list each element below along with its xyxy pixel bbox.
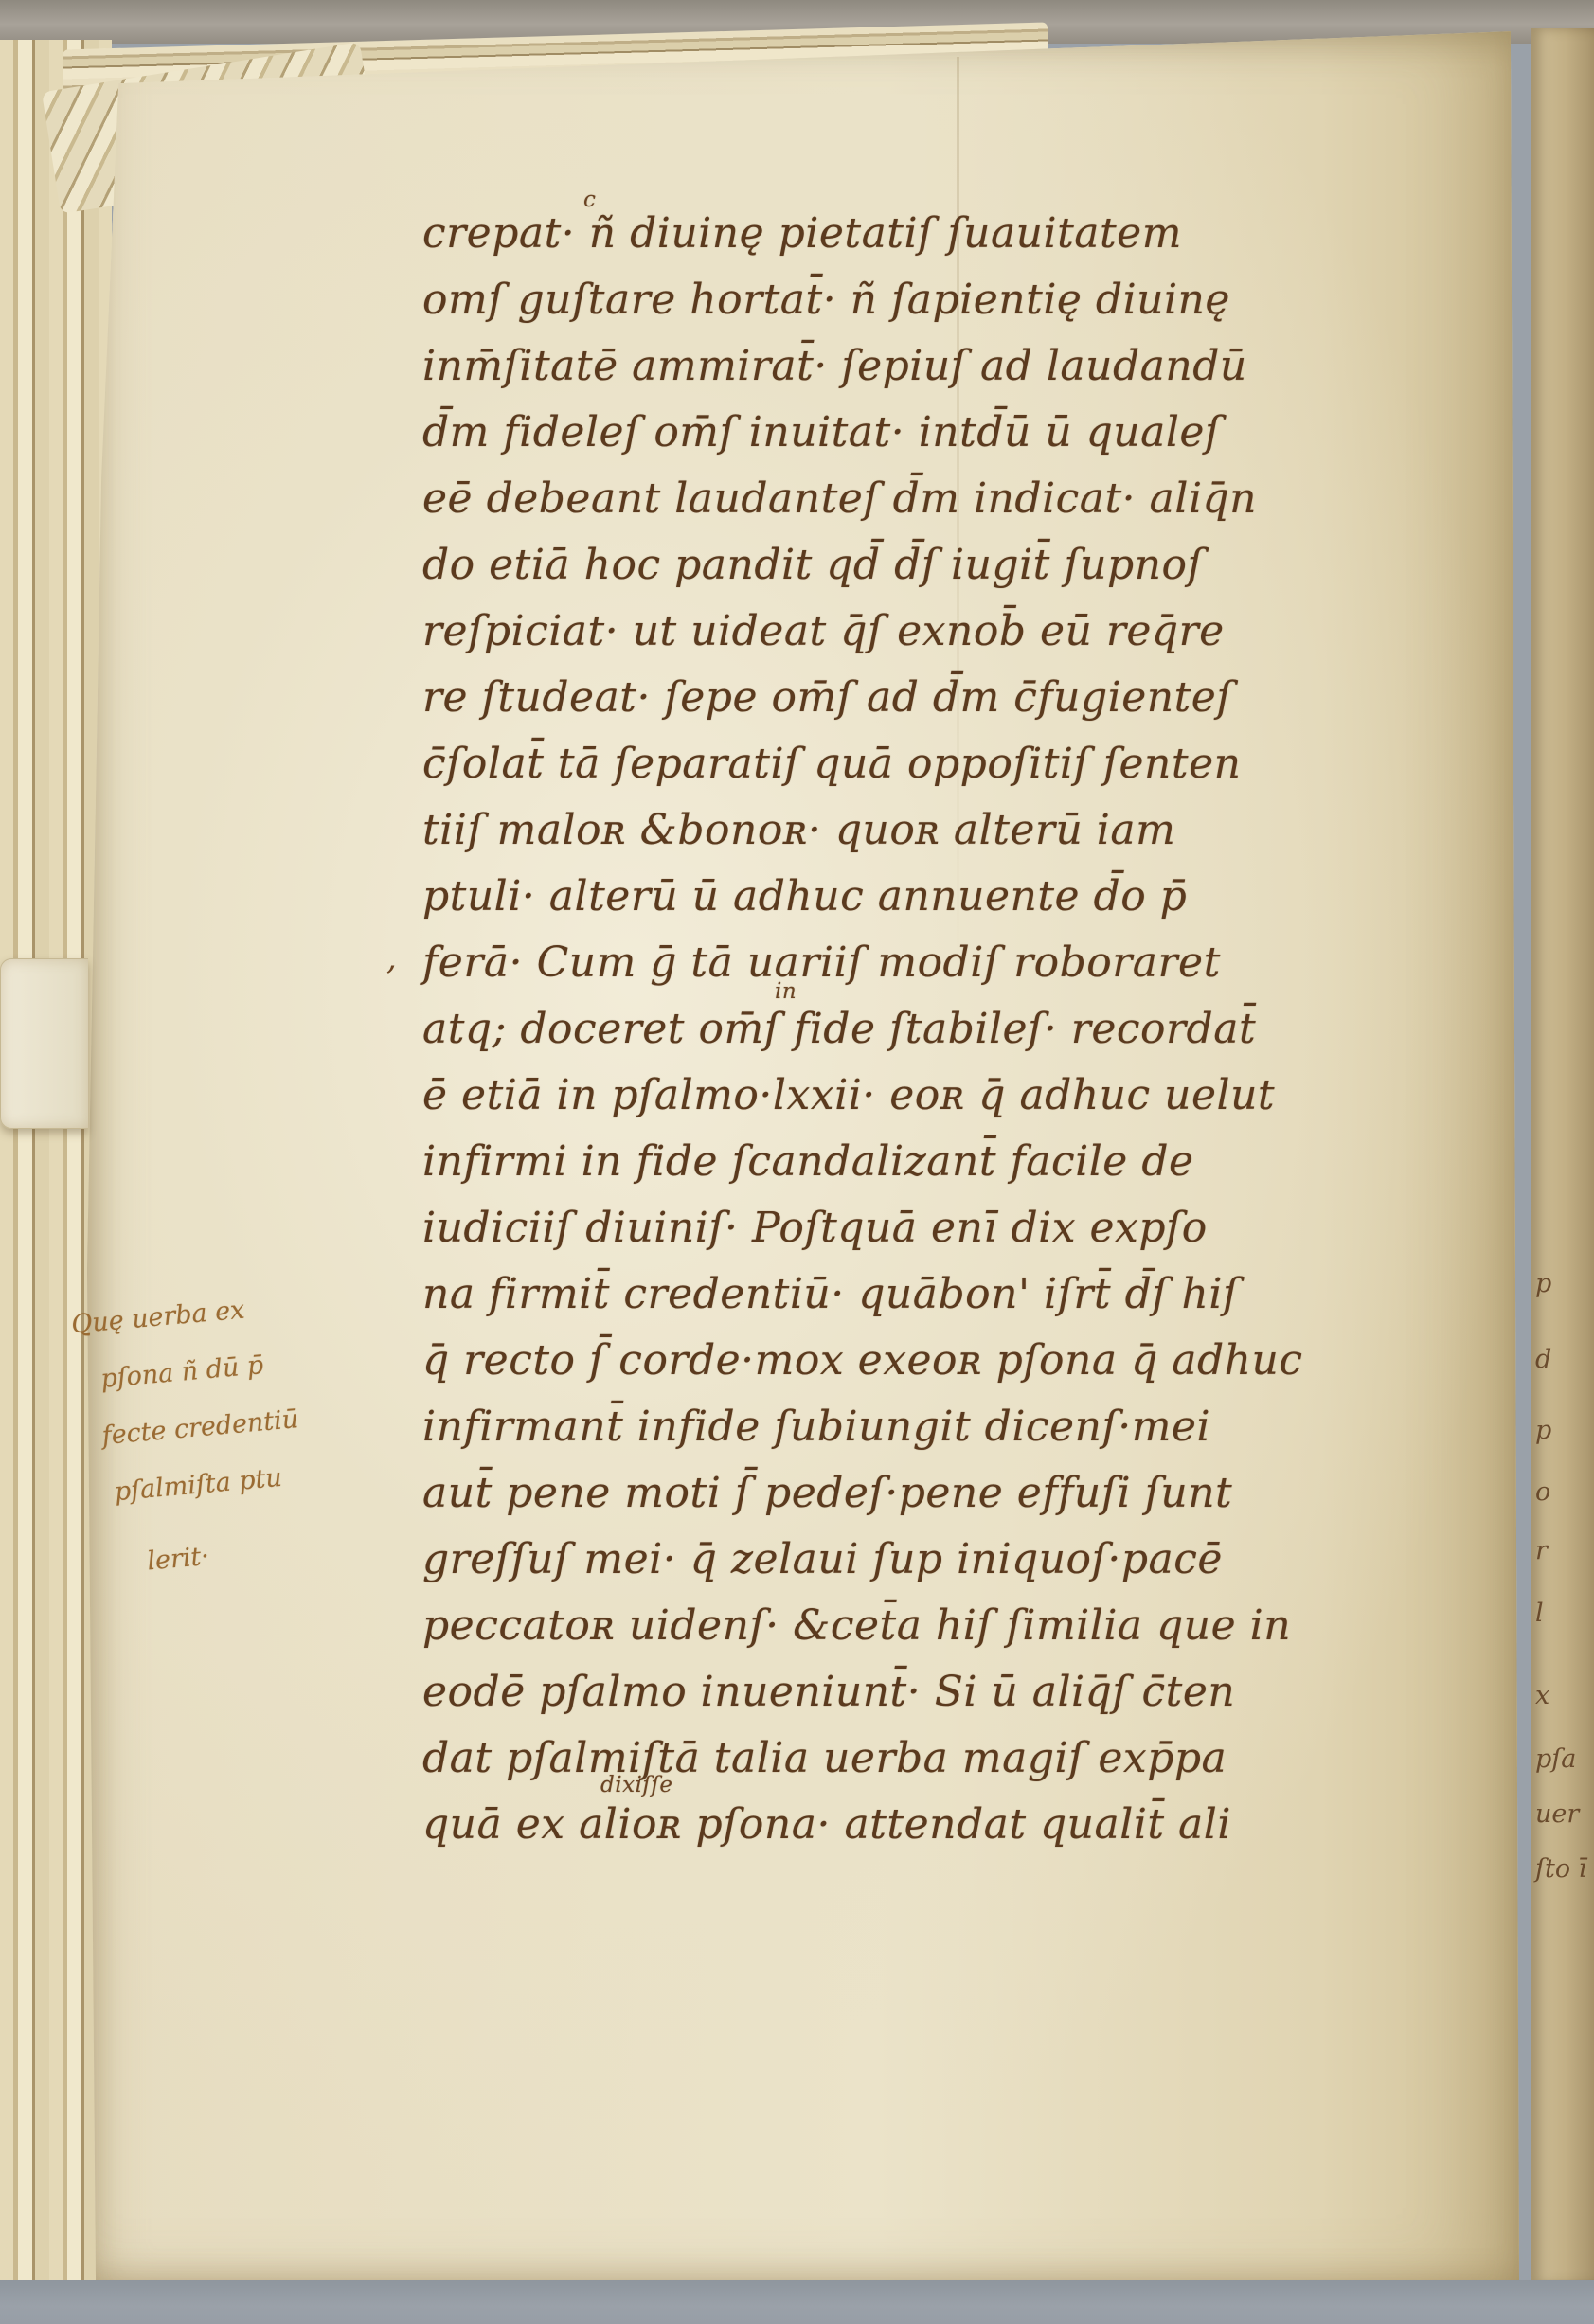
edge-text-fragment: d — [1535, 1345, 1551, 1374]
text-line: na firmit̄ credentiū· quābon' iſrt̄ d̄ſ … — [422, 1261, 1450, 1328]
text-line: q̄ recto ſ̄ corde·mox exeoʀ pſona q̄ adh… — [422, 1328, 1450, 1394]
line-text: tiiſ maloʀ &bonoʀ· quoʀ alterū iam — [422, 806, 1175, 854]
text-line: dixiſſequā ex alioʀ pſona· attendat qual… — [422, 1792, 1450, 1858]
manuscript-photo: p d p o r l x pſa uer ſto ī ccrepat· ñ d… — [0, 0, 1594, 2324]
text-line: dat pſalmiſtā talia uerba magiſ exp̄pa — [422, 1725, 1450, 1792]
interlinear-gloss: c — [583, 189, 596, 211]
line-text: reſpiciat· ut uideat q̄ſ exnob̄ eū req̄r… — [422, 607, 1225, 655]
text-line: eē debeant laudanteſ d̄m indicat· aliq̄n — [422, 466, 1450, 532]
line-text: infirmant̄ infide ſubiungit dicenſ·mei — [422, 1403, 1210, 1451]
interlinear-gloss: in — [775, 981, 797, 1003]
edge-text-fragment: r — [1535, 1536, 1548, 1565]
line-text: dat pſalmiſtā talia uerba magiſ exp̄pa — [422, 1734, 1227, 1782]
line-text: d̄m fideleſ om̄ſ inuitat· intd̄ū ū quale… — [422, 408, 1221, 456]
edge-text-fragment: l — [1535, 1599, 1544, 1628]
line-text: na firmit̄ credentiū· quābon' iſrt̄ d̄ſ … — [422, 1270, 1239, 1318]
edge-text-fragment: p — [1535, 1416, 1551, 1445]
line-text: iudiciiſ diuiniſ· Poſtquā enī dix expſo — [422, 1204, 1208, 1252]
text-line: reſpiciat· ut uideat q̄ſ exnob̄ eū req̄r… — [422, 599, 1450, 665]
text-line: peccatoʀ uidenſ· &cet̄a hiſ ſimilia que … — [422, 1593, 1450, 1659]
line-text: quā ex alioʀ pſona· attendat qualit̄ ali — [422, 1800, 1231, 1849]
edge-text-fragment: pſa — [1535, 1744, 1576, 1774]
line-text: crepat· ñ diuinę pietatiſ ſuauitatem — [422, 209, 1182, 258]
edge-text-fragment: uer — [1535, 1799, 1579, 1829]
margin-correction-mark: , — [386, 939, 397, 977]
text-line: ccrepat· ñ diuinę pietatiſ ſuauitatem — [422, 201, 1450, 267]
text-block: ccrepat· ñ diuinę pietatiſ ſuauitatem om… — [422, 201, 1450, 1858]
text-line: greſſuſ mei· q̄ zelaui ſup iniquoſ·pacē — [422, 1527, 1450, 1593]
line-text: omſ guſtare hortat̄· ñ ſapientię diuinę — [422, 276, 1230, 324]
edge-text-fragment: x — [1535, 1681, 1549, 1710]
edge-text-fragment: o — [1535, 1477, 1550, 1507]
line-text: ptuli· alterū ū adhuc annuente d̄o p̄ — [422, 872, 1187, 921]
text-line: aut̄ pene moti ſ̄ pedeſ·pene effuſi ſunt — [422, 1460, 1450, 1527]
line-text: c̄ſolat̄ tā ſeparatiſ quā oppoſitiſ ſent… — [422, 740, 1241, 788]
line-text: re ſtudeat· ſepe om̄ſ ad d̄m c̄fugienteſ — [422, 673, 1232, 722]
next-page-edge: p d p o r l x pſa uer ſto ī — [1531, 28, 1594, 2284]
line-text: eē debeant laudanteſ d̄m indicat· aliq̄n — [422, 474, 1257, 523]
bookmark-tab — [0, 958, 88, 1129]
line-text: inm̄ſitatē ammirat̄· ſepiuſ ad laudandū — [422, 342, 1247, 390]
line-text: eodē pſalmo inueniunt̄· Si ū aliq̄ſ c̄te… — [422, 1668, 1235, 1716]
line-text: aut̄ pene moti ſ̄ pedeſ·pene effuſi ſunt — [422, 1469, 1232, 1517]
line-text: atq; doceret om̄ſ fide ſtabileſ· recorda… — [422, 1005, 1256, 1053]
text-line: ē etiā in pſalmo·lxxii· eoʀ q̄ adhuc uel… — [422, 1063, 1450, 1129]
line-text: q̄ recto ſ̄ corde·mox exeoʀ pſona q̄ adh… — [422, 1336, 1302, 1385]
text-line: tiiſ maloʀ &bonoʀ· quoʀ alterū iam — [422, 797, 1450, 864]
text-line: ferā· Cum ḡ tā uariiſ modiſ roboraret — [422, 930, 1450, 996]
text-line: infirmi in fide ſcandalizant̄ facile de — [422, 1129, 1450, 1195]
edge-text-fragment: ſto ī — [1535, 1854, 1586, 1884]
edge-text-fragment: p — [1535, 1269, 1551, 1298]
text-line: do etiā hoc pandit qd̄ d̄ſ iugit̄ ſupnoſ — [422, 532, 1450, 599]
line-text: ē etiā in pſalmo·lxxii· eoʀ q̄ adhuc uel… — [422, 1071, 1275, 1119]
interlinear-gloss: dixiſſe — [600, 1775, 673, 1797]
text-line: d̄m fideleſ om̄ſ inuitat· intd̄ū ū quale… — [422, 400, 1450, 466]
line-text: ferā· Cum ḡ tā uariiſ modiſ roboraret — [422, 939, 1221, 987]
text-line: iudiciiſ diuiniſ· Poſtquā enī dix expſo — [422, 1195, 1450, 1261]
line-text: greſſuſ mei· q̄ zelaui ſup iniquoſ·pacē — [422, 1535, 1223, 1583]
margin-note: Quę uerba ex pſona ñ dū p̄ fecte credent… — [69, 1273, 378, 1596]
text-line: inm̄ſitatē ammirat̄· ſepiuſ ad laudandū — [422, 333, 1450, 400]
text-line: c̄ſolat̄ tā ſeparatiſ quā oppoſitiſ ſent… — [422, 731, 1450, 797]
text-line: inatq; doceret om̄ſ fide ſtabileſ· recor… — [422, 996, 1450, 1063]
text-line: omſ guſtare hortat̄· ñ ſapientię diuinę — [422, 267, 1450, 333]
text-line: infirmant̄ infide ſubiungit dicenſ·mei — [422, 1394, 1450, 1460]
text-line: eodē pſalmo inueniunt̄· Si ū aliq̄ſ c̄te… — [422, 1659, 1450, 1725]
line-text: do etiā hoc pandit qd̄ d̄ſ iugit̄ ſupnoſ — [422, 541, 1203, 589]
text-line: re ſtudeat· ſepe om̄ſ ad d̄m c̄fugienteſ — [422, 665, 1450, 731]
line-text: infirmi in fide ſcandalizant̄ facile de — [422, 1137, 1194, 1186]
line-text: peccatoʀ uidenſ· &cet̄a hiſ ſimilia que … — [422, 1601, 1291, 1650]
text-line: ptuli· alterū ū adhuc annuente d̄o p̄ — [422, 864, 1450, 930]
photo-background-bottom — [0, 2280, 1594, 2324]
